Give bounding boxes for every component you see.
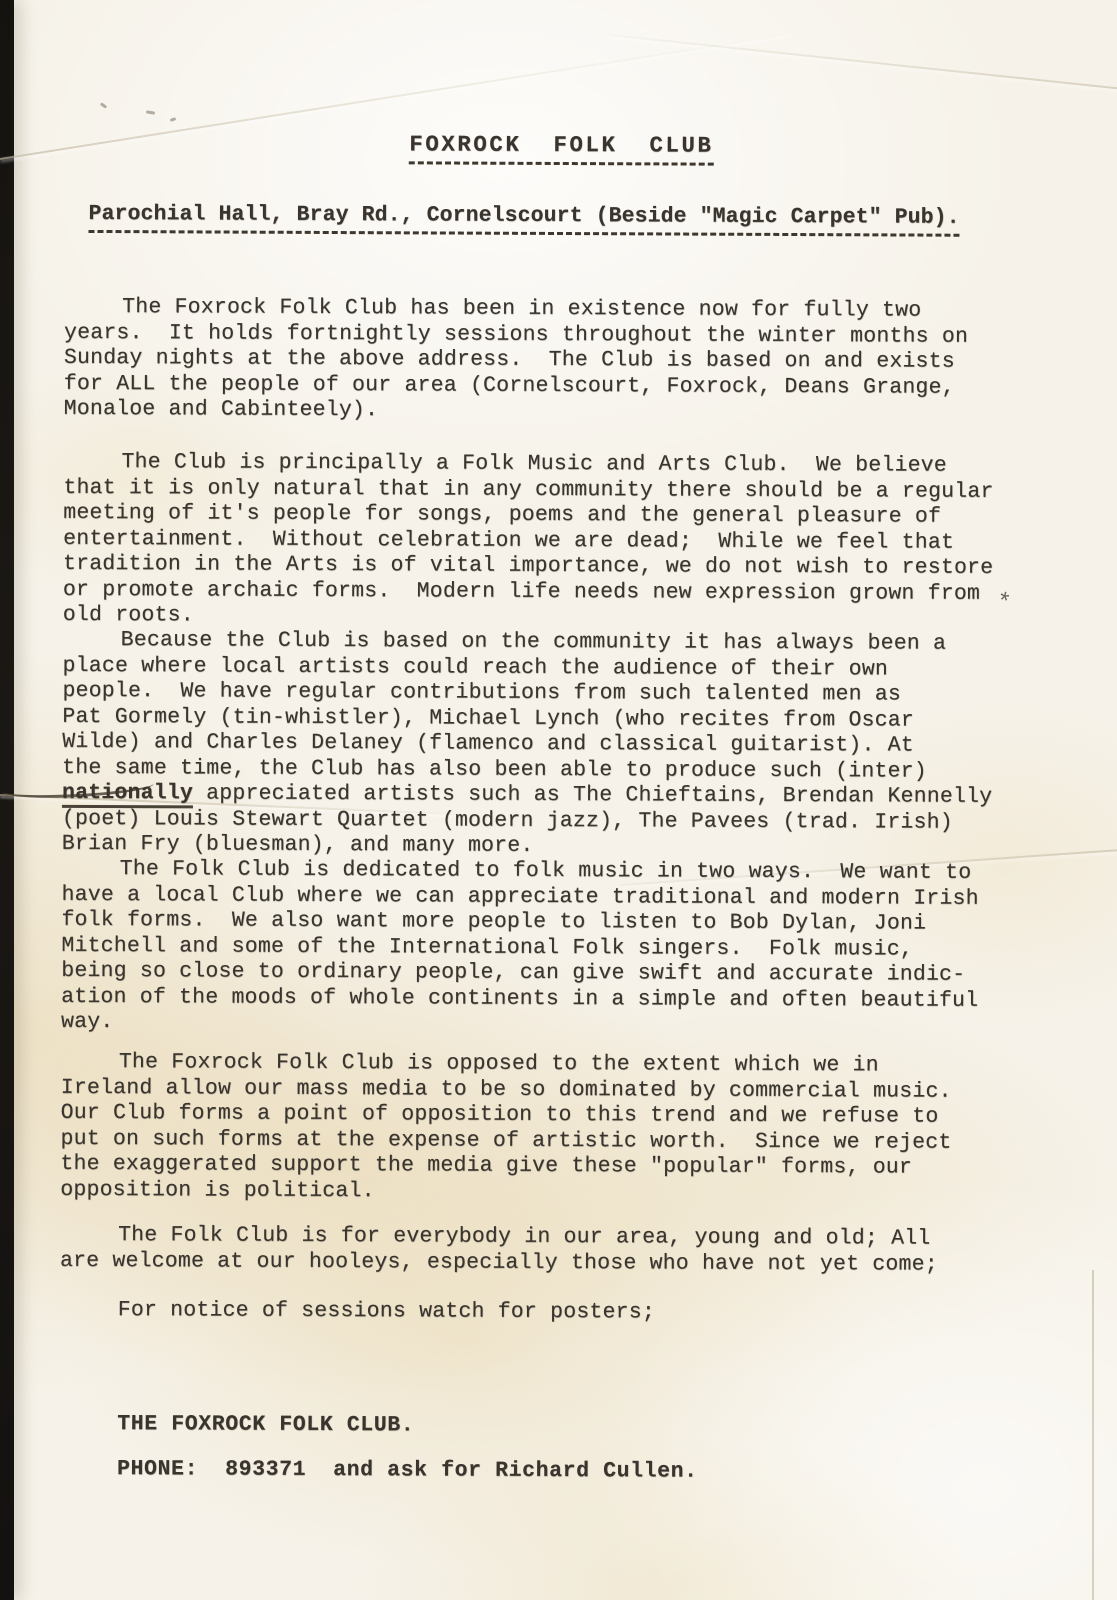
paragraph-artists-start: Because the Club is based on the communi…	[62, 628, 946, 783]
signature-line: THE FOXROCK FOLK CLUB.	[117, 1412, 414, 1439]
venue-address-line: Parochial Hall, Bray Rd., Cornelscourt (…	[88, 202, 959, 236]
paragraph-media-opposition: The Foxrock Folk Club is opposed to the …	[60, 1050, 1071, 1207]
paragraph-everybody-welcome: The Folk Club is for everybody in our ar…	[60, 1223, 1070, 1278]
title-row: FOXROCK FOLK CLUB	[3, 131, 1117, 167]
document-title: FOXROCK FOLK CLUB	[409, 132, 713, 165]
paragraph-folk-music: The Folk Club is dedicated to folk music…	[61, 857, 1072, 1040]
paragraph-artists-end: appreciated artists such as The Chieftai…	[62, 781, 993, 857]
scanned-letter-page: * FOXROCK FOLK CLUB Parochial Hall, Bray…	[0, 0, 1117, 1600]
phone-line: PHONE: 893371 and ask for Richard Cullen…	[117, 1457, 698, 1485]
notice-line: For notice of sessions watch for posters…	[60, 1298, 1070, 1328]
address-row: Parochial Hall, Bray Rd., Cornelscourt (…	[88, 202, 959, 236]
paragraph-club-purpose: The Club is principally a Folk Music and…	[63, 450, 1074, 633]
paragraph-artists: Because the Club is based on the communi…	[62, 628, 1073, 862]
letter-content: FOXROCK FOLK CLUB Parochial Hall, Bray R…	[0, 0, 1117, 1600]
underlined-word-nationally: nationally	[62, 781, 193, 809]
paragraph-introduction: The Foxrock Folk Club has been in existe…	[64, 295, 1075, 427]
